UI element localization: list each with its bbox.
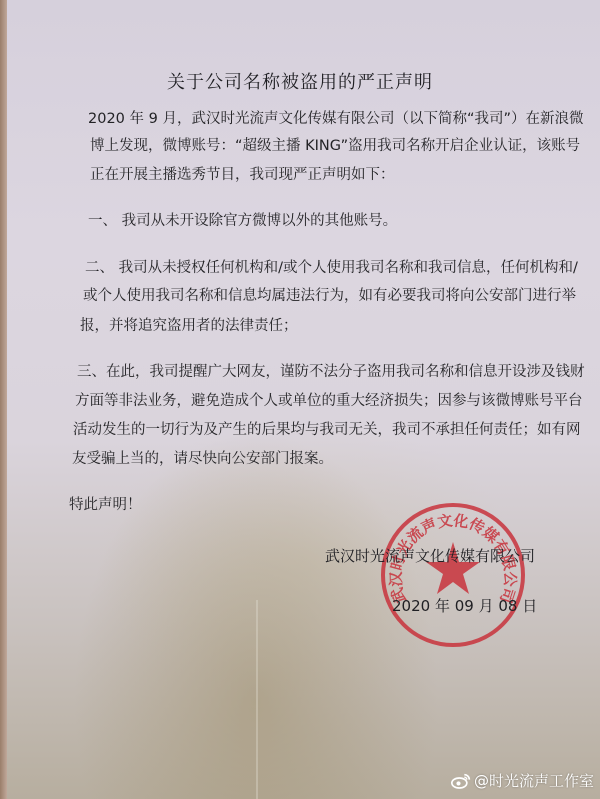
body-line: 方面等非法业务，避免造成个人或单位的重大经济损失；因参与该微博账号平台 [75, 389, 583, 410]
document-title: 关于公司名称被盗用的严正声明 [0, 68, 600, 94]
weibo-icon [451, 772, 471, 789]
weibo-watermark: @时光流声工作室 [451, 770, 594, 791]
body-line: 正在开展主播选秀节目，我司现严正声明如下： [90, 163, 395, 184]
company-seal-icon: 武汉时光流声文化传媒有限公司 [378, 500, 528, 650]
company-signature: 武汉时光流声文化传媒有限公司 [325, 545, 535, 566]
paper-edge [0, 0, 7, 799]
clause-1: 一、 我司从未开设除官方微博以外的其他账号。 [88, 209, 397, 230]
body-line: 2020 年 9 月，武汉时光流声文化传媒有限公司（以下简称“我司”）在新浪微 [88, 107, 583, 128]
watermark-text: @时光流声工作室 [474, 770, 594, 791]
body-line: 活动发生的一切行为及产生的后果均与我司无关，我司不承担任何责任；如有网 [73, 418, 581, 439]
body-line: 友受骗上当的，请尽快向公安部门报案。 [72, 447, 333, 468]
body-line: 博上发现，微博账号：“超级主播 KING”盗用我司名称开启企业认证，该账号 [90, 134, 580, 155]
clause-2: 二、 我司从未授权任何机构和/或个人使用我司名称和我司信息，任何机构和/ [85, 256, 578, 277]
clause-3: 三、在此，我司提醒广大网友，谨防不法分子盗用我司名称和信息开设涉及钱财 [77, 360, 585, 381]
body-line: 或个人使用我司名称和信息均属违法行为，如有必要我司将向公安部门进行举 [83, 284, 576, 305]
closing-line: 特此声明！ [69, 493, 142, 514]
body-line: 报，并将追究盗用者的法律责任； [80, 314, 298, 335]
document-date: 2020 年 09 月 08 日 [392, 595, 537, 616]
